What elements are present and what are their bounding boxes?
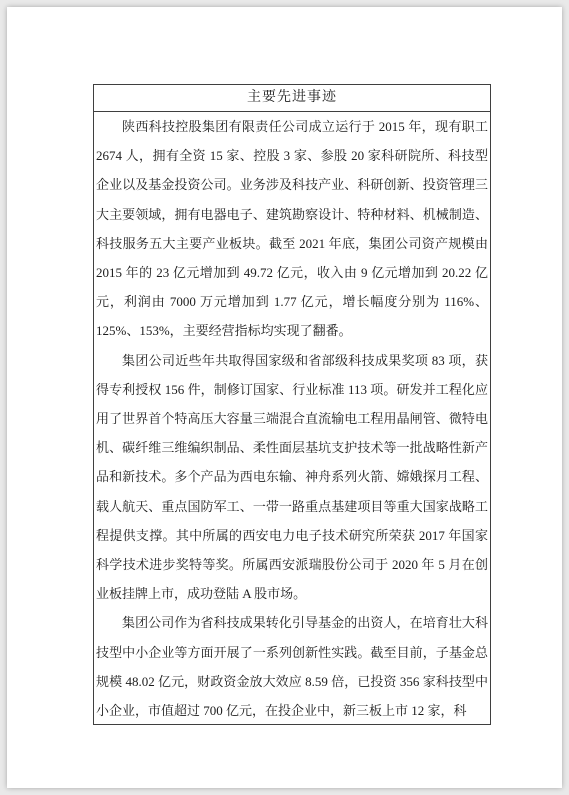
table-title: 主要先进事迹 [247, 91, 337, 105]
deeds-table: 主要先进事迹 陕西科技控股集团有限责任公司成立运行于 2015 年，现有职工 2… [93, 84, 491, 725]
document-page: 主要先进事迹 陕西科技控股集团有限责任公司成立运行于 2015 年，现有职工 2… [7, 7, 562, 788]
body-paragraph: 陕西科技控股集团有限责任公司成立运行于 2015 年，现有职工 2674 人，拥… [96, 112, 488, 346]
document-background: 主要先进事迹 陕西科技控股集团有限责任公司成立运行于 2015 年，现有职工 2… [0, 0, 569, 795]
table-title-row: 主要先进事迹 [94, 85, 490, 112]
body-paragraph: 集团公司近些年共取得国家级和省部级科技成果奖项 83 项，获得专利授权 156 … [96, 346, 488, 609]
body-paragraph: 集团公司作为省科技成果转化引导基金的出资人，在培育壮大科技型中小企业等方面开展了… [96, 608, 488, 722]
table-body-cell: 陕西科技控股集团有限责任公司成立运行于 2015 年，现有职工 2674 人，拥… [94, 112, 490, 722]
